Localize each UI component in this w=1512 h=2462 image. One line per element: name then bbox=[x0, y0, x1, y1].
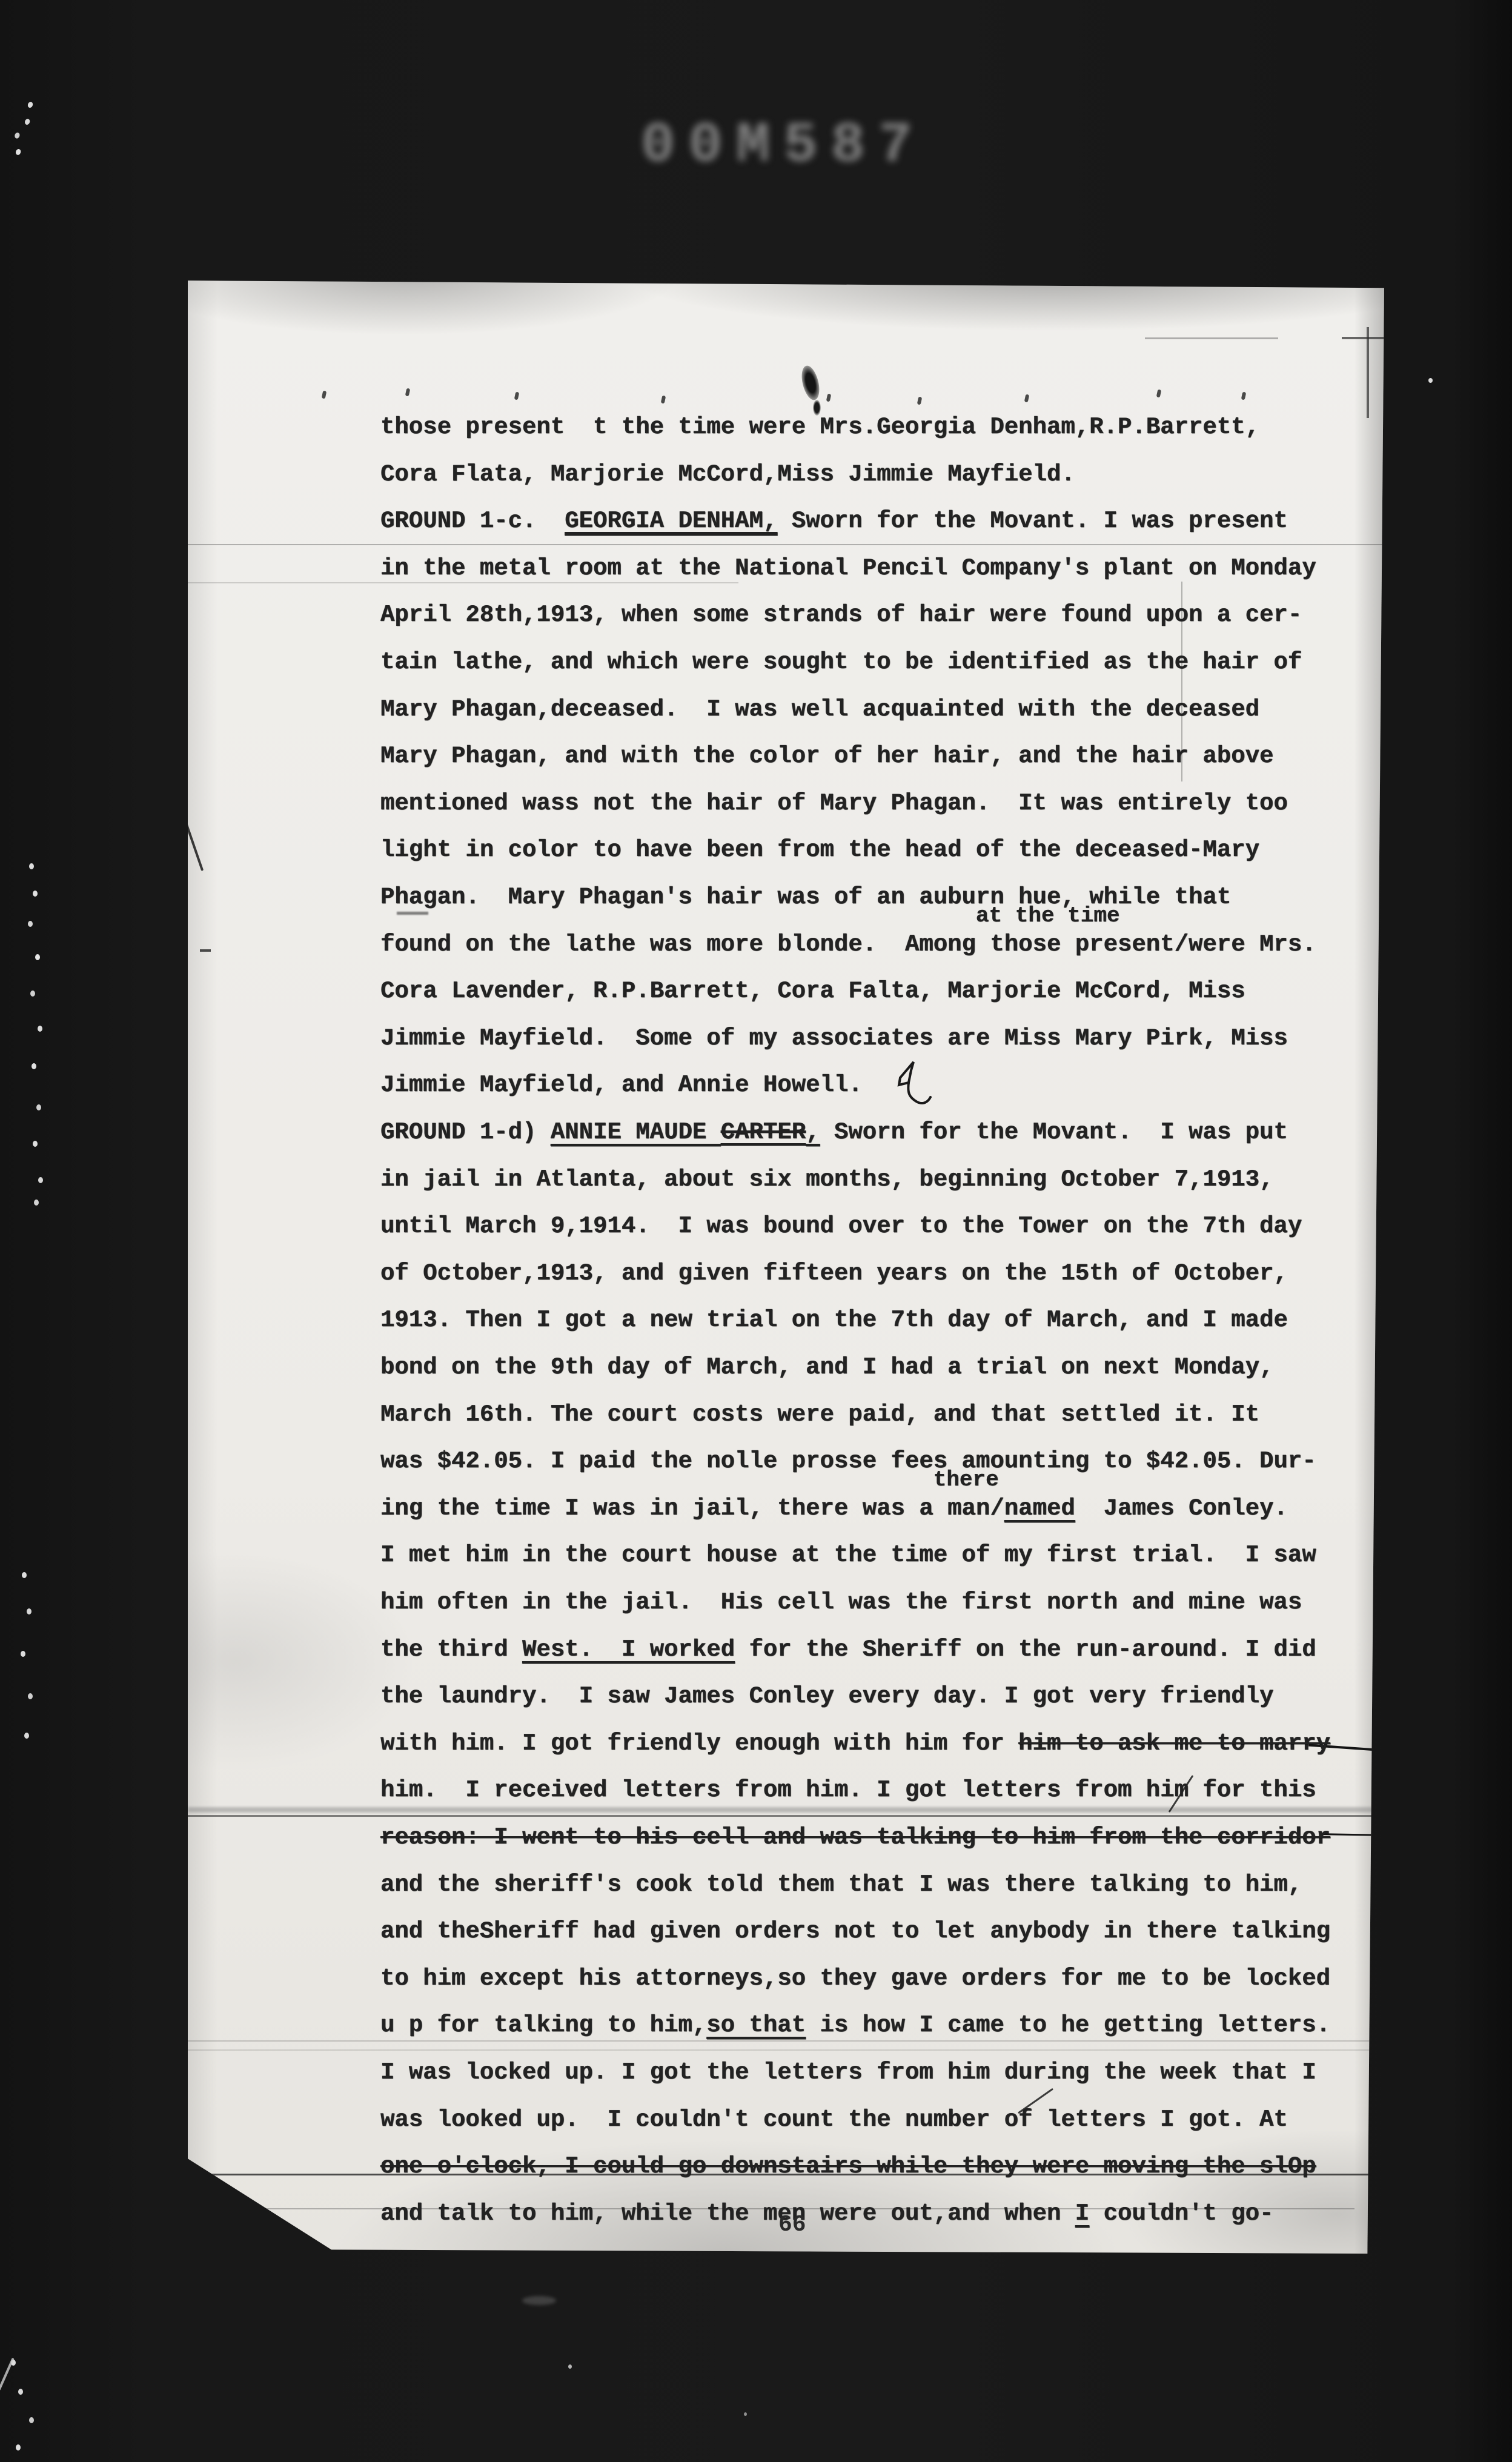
document-line: light in color to have been from the hea… bbox=[380, 837, 1259, 863]
document-line: found on the lathe was more blonde. Amon… bbox=[380, 931, 1316, 958]
document-line: Jimmie Mayfield. Some of my associates a… bbox=[380, 1025, 1288, 1052]
document-line: with him. I got friendly enough with him… bbox=[380, 1730, 1330, 1757]
document-line: I was locked up. I got the letters from … bbox=[380, 2059, 1316, 2086]
text-segment: couldn't go- bbox=[1089, 2200, 1273, 2227]
text-segment: one o'clock, I could go downstairs while… bbox=[380, 2153, 1316, 2180]
document-line: of October,1913, and given fifteen years… bbox=[380, 1260, 1288, 1287]
text-segment: I bbox=[1075, 2200, 1089, 2227]
text-segment: Mary Phagan, and with the color of her h… bbox=[380, 743, 1273, 769]
document-line: and theSheriff had given orders not to l… bbox=[380, 1918, 1330, 1945]
text-segment: and talk to him, while the men were out,… bbox=[380, 2200, 1075, 2227]
text-segment: the third bbox=[380, 1636, 522, 1663]
document-line: tain lathe, and which were sought to be … bbox=[380, 649, 1302, 675]
document-line: I met him in the court house at the time… bbox=[380, 1542, 1316, 1568]
text-segment: in jail in Atlanta, about six months, be… bbox=[380, 1166, 1273, 1193]
document-line: in jail in Atlanta, about six months, be… bbox=[380, 1166, 1273, 1193]
document-line: 1913. Then I got a new trial on the 7th … bbox=[380, 1307, 1288, 1333]
document-line: bond on the 9th day of March, and I had … bbox=[380, 1354, 1273, 1381]
text-segment: is how I came to he getting letters. bbox=[806, 2012, 1330, 2039]
text-segment: Cora Flata, Marjorie McCord,Miss Jimmie … bbox=[380, 461, 1075, 488]
document-line: one o'clock, I could go downstairs while… bbox=[380, 2153, 1316, 2180]
document-line: April 28th,1913, when some strands of ha… bbox=[380, 602, 1302, 628]
text-segment: bond on the 9th day of March, and I had … bbox=[380, 1354, 1273, 1381]
document-line: was looked up. I couldn't count the numb… bbox=[380, 2106, 1288, 2133]
page-number: 66 bbox=[778, 2212, 806, 2238]
text-segment: and the sheriff's cook told them that I … bbox=[380, 1871, 1302, 1898]
inserted-word: there bbox=[933, 1467, 999, 1492]
document-line: was $42.05. I paid the nolle prosse fees… bbox=[380, 1448, 1316, 1475]
text-segment: Cora Lavender, R.P.Barrett, Cora Falta, … bbox=[380, 978, 1245, 1004]
document-line: and talk to him, while the men were out,… bbox=[380, 2200, 1273, 2227]
document-line: Mary Phagan, and with the color of her h… bbox=[380, 743, 1273, 769]
text-segment: I was locked up. I got the letters from … bbox=[380, 2059, 1316, 2086]
document-line: Cora Flata, Marjorie McCord,Miss Jimmie … bbox=[380, 461, 1075, 488]
text-segment: to him except his attorneys,so they gave… bbox=[380, 1965, 1330, 1992]
text-segment: 1913. Then I got a new trial on the 7th … bbox=[380, 1307, 1288, 1333]
text-segment: James Conley. bbox=[1075, 1495, 1288, 1522]
text-segment: for the Sheriff on the run-around. I did bbox=[735, 1636, 1316, 1663]
text-segment: until March 9,1914. I was bound over to … bbox=[380, 1213, 1302, 1239]
text-segment: named bbox=[1004, 1495, 1075, 1522]
text-segment: him often in the jail. His cell was the … bbox=[380, 1589, 1302, 1616]
scan-speckle-strip bbox=[27, 101, 34, 108]
text-segment: light in color to have been from the hea… bbox=[380, 837, 1259, 863]
document-line: those present t the time were Mrs.Georgi… bbox=[380, 414, 1259, 440]
inserted-word: at the time bbox=[976, 903, 1120, 928]
document-line: Mary Phagan,deceased. I was well acquain… bbox=[380, 696, 1259, 723]
text-segment: ing the time I was in jail, there was a … bbox=[380, 1495, 1004, 1522]
text-segment: reason: I went to his cell and was talki… bbox=[380, 1824, 1330, 1851]
text-segment: I met him in the court house at the time… bbox=[380, 1542, 1316, 1568]
text-segment: , bbox=[806, 1119, 820, 1146]
text-segment: GROUND 1-c. bbox=[380, 508, 565, 534]
document-line: and the sheriff's cook told them that I … bbox=[380, 1871, 1302, 1898]
document-line: March 16th. The court costs were paid, a… bbox=[380, 1401, 1259, 1428]
document-line: reason: I went to his cell and was talki… bbox=[380, 1824, 1330, 1851]
document-line: Cora Lavender, R.P.Barrett, Cora Falta, … bbox=[380, 978, 1245, 1004]
text-segment: GROUND 1-d) bbox=[380, 1119, 551, 1146]
text-segment: Sworn for the Movant. I was present bbox=[777, 508, 1288, 534]
text-segment: with him. I got friendly enough with him… bbox=[380, 1730, 1018, 1757]
document-line: until March 9,1914. I was bound over to … bbox=[380, 1213, 1302, 1239]
document-line: u p for talking to him,so that is how I … bbox=[380, 2012, 1330, 2039]
text-segment: March 16th. The court costs were paid, a… bbox=[380, 1401, 1259, 1428]
text-segment: was looked up. I couldn't count the numb… bbox=[380, 2106, 1288, 2133]
text-segment: him. I received letters from him. I got … bbox=[380, 1777, 1316, 1803]
text-segment: Jimmie Mayfield, and Annie Howell. bbox=[380, 1072, 863, 1098]
text-segment: and theSheriff had given orders not to l… bbox=[380, 1918, 1330, 1945]
scan-speckle-strip bbox=[29, 863, 34, 869]
text-segment: u p for talking to him, bbox=[380, 2012, 706, 2039]
text-segment: Mary Phagan,deceased. I was well acquain… bbox=[380, 696, 1259, 723]
text-segment: so that bbox=[706, 2012, 806, 2039]
scan-speckle bbox=[0, 2358, 15, 2391]
scan-smudge bbox=[522, 2296, 556, 2305]
scan-speckle bbox=[744, 2412, 747, 2416]
text-segment: West. I worked bbox=[522, 1636, 735, 1663]
text-segment: CARTER bbox=[721, 1119, 806, 1146]
text-segment: Jimmie Mayfield. Some of my associates a… bbox=[380, 1025, 1288, 1052]
scan-speckle bbox=[1428, 378, 1433, 383]
document-line: GROUND 1-d) ANNIE MAUDE CARTER, Sworn fo… bbox=[380, 1119, 1288, 1146]
document-line: GROUND 1-c. GEORGIA DENHAM, Sworn for th… bbox=[380, 508, 1288, 534]
document-line: to him except his attorneys,so they gave… bbox=[380, 1965, 1330, 1992]
document-line: him often in the jail. His cell was the … bbox=[380, 1589, 1302, 1616]
document-line: in the metal room at the National Pencil… bbox=[380, 555, 1316, 582]
document-page: those present t the time were Mrs.Georgi… bbox=[188, 276, 1384, 2254]
document-line: him. I received letters from him. I got … bbox=[380, 1777, 1316, 1803]
text-segment: mentioned wass not the hair of Mary Phag… bbox=[380, 790, 1288, 817]
text-segment: tain lathe, and which were sought to be … bbox=[380, 649, 1302, 675]
text-segment: found on the lathe was more blonde. Amon… bbox=[380, 931, 1316, 958]
scan-speckle bbox=[568, 2364, 572, 2369]
text-segment: in the metal room at the National Pencil… bbox=[380, 555, 1316, 582]
text-segment: of October,1913, and given fifteen years… bbox=[380, 1260, 1288, 1287]
document-line: Jimmie Mayfield, and Annie Howell. bbox=[380, 1072, 863, 1098]
text-segment: the laundry. I saw James Conley every da… bbox=[380, 1683, 1273, 1710]
text-segment: ANNIE MAUDE bbox=[551, 1119, 721, 1146]
document-text: those present t the time were Mrs.Georgi… bbox=[188, 276, 1384, 2254]
text-segment: those present t the time were Mrs.Georgi… bbox=[380, 414, 1259, 440]
scan-speckle-strip bbox=[22, 1572, 27, 1578]
document-line: mentioned wass not the hair of Mary Phag… bbox=[380, 790, 1288, 817]
text-segment: April 28th,1913, when some strands of ha… bbox=[380, 602, 1302, 628]
document-line: the third West. I worked for the Sheriff… bbox=[380, 1636, 1316, 1663]
text-segment: him to ask me to marry bbox=[1018, 1730, 1330, 1757]
document-line: ing the time I was in jail, there was a … bbox=[380, 1495, 1288, 1522]
scanned-document-screen: { "stamp": { "text": "00M587" }, "page":… bbox=[0, 0, 1512, 2462]
document-stamp-number: 00M587 bbox=[641, 114, 926, 178]
text-segment: Sworn for the Movant. I was put bbox=[820, 1119, 1288, 1146]
text-segment: was $42.05. I paid the nolle prosse fees… bbox=[380, 1448, 1316, 1475]
document-line: the laundry. I saw James Conley every da… bbox=[380, 1683, 1273, 1710]
text-segment: GEORGIA DENHAM, bbox=[565, 508, 777, 534]
